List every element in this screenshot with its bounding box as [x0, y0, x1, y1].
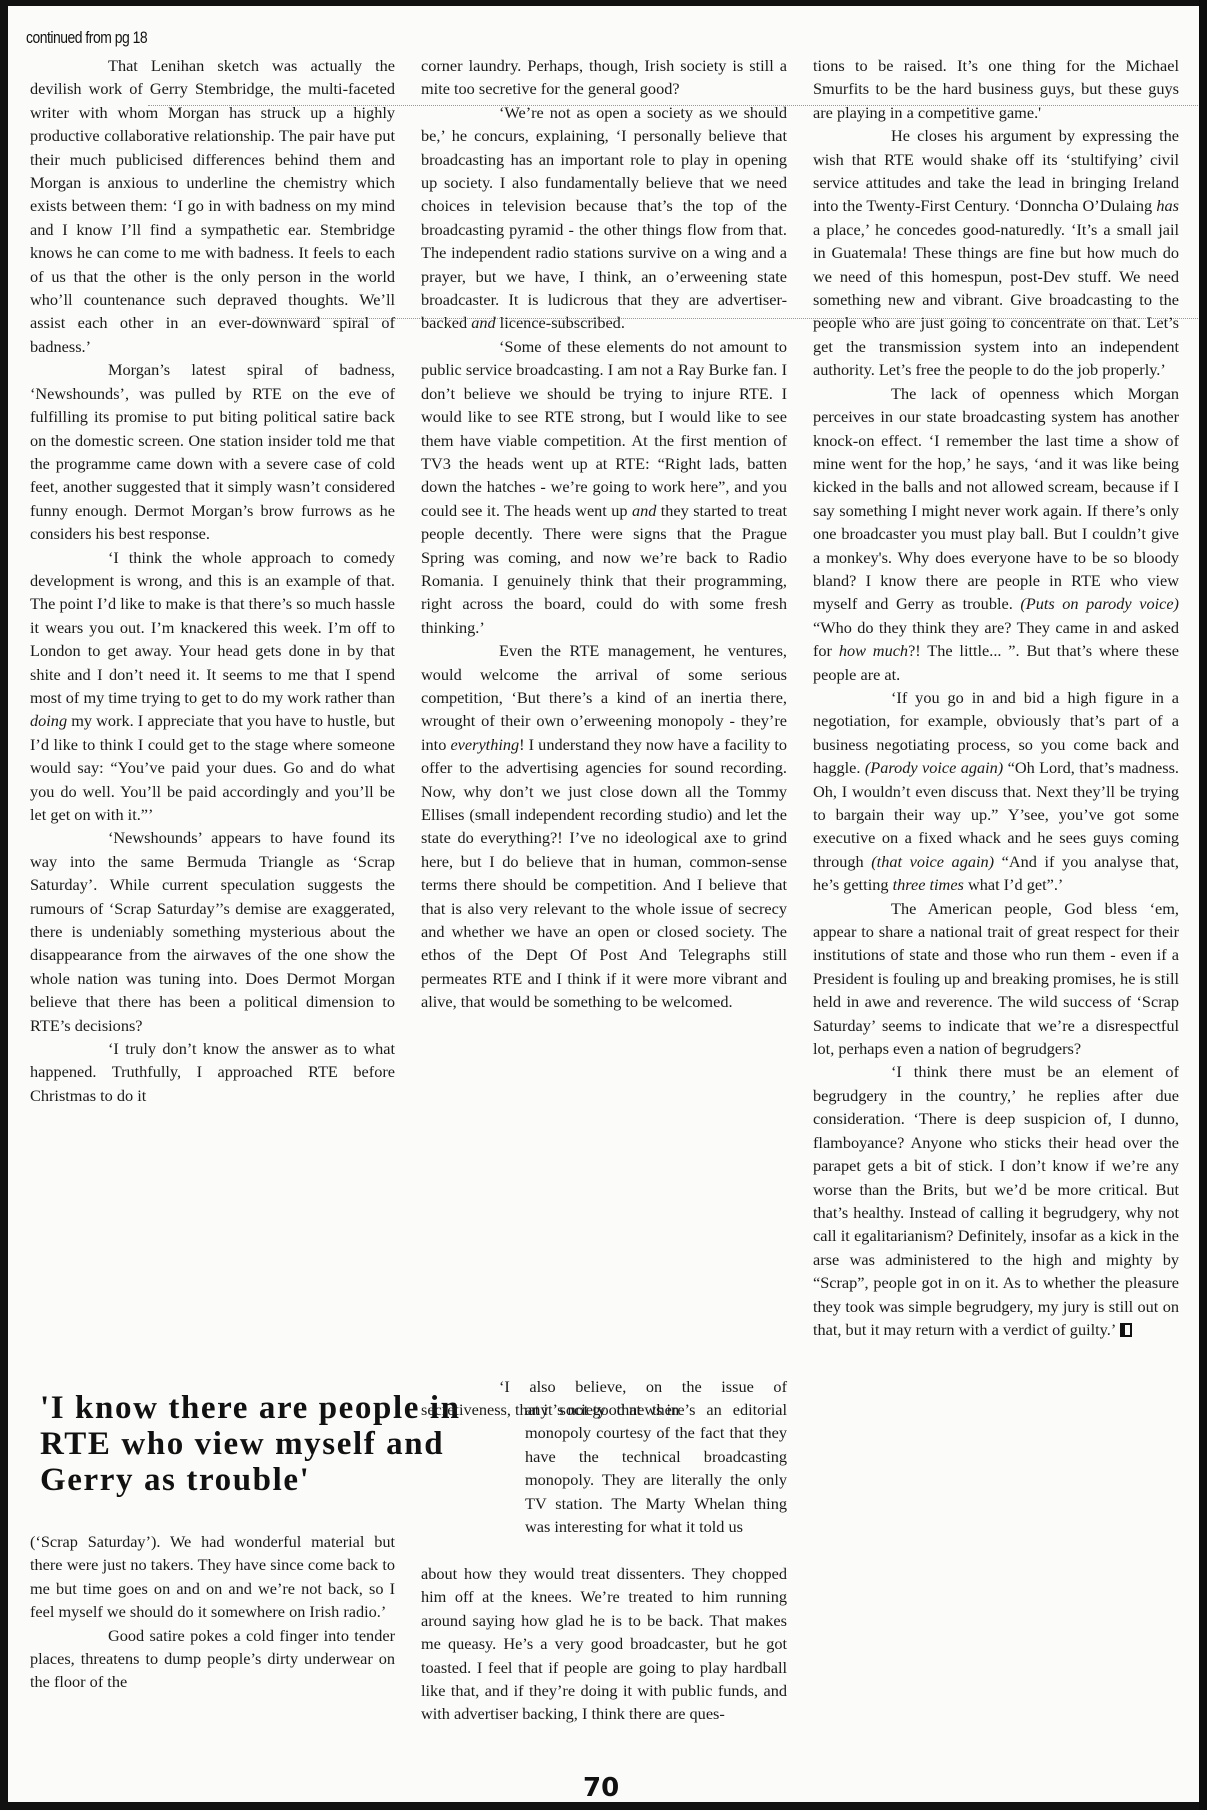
paragraph: Even the RTE management, he ventures, wo…	[421, 639, 787, 1014]
paragraph: corner laundry. Perhaps, though, Irish s…	[421, 54, 787, 101]
article-column-2-wrap: any society that there’s an editorial mo…	[525, 1398, 787, 1538]
paragraph: ‘I truly don’t know the answer as to wha…	[30, 1037, 395, 1107]
paragraph: ‘Some of these elements do not amount to…	[421, 335, 787, 639]
paragraph: The American people, God bless ‘em, appe…	[813, 897, 1179, 1061]
paragraph: That Lenihan sketch was actually the dev…	[30, 54, 395, 358]
article-column-2-continued: about how they would treat dissenters. T…	[421, 1562, 787, 1726]
paragraph: about how they would treat dissenters. T…	[421, 1562, 787, 1726]
continued-from-label: continued from pg 18	[26, 28, 147, 48]
paragraph: ‘We’re not as open a society as we shoul…	[421, 101, 787, 335]
paragraph: Good satire pokes a cold finger into ten…	[30, 1624, 395, 1694]
page-number: 70	[583, 1773, 619, 1802]
article-column-2: corner laundry. Perhaps, though, Irish s…	[421, 54, 787, 1014]
paragraph: ‘If you go in and bid a high figure in a…	[813, 686, 1179, 897]
article-column-1-continued: (‘Scrap Saturday’). We had wonderful mat…	[30, 1530, 395, 1694]
paragraph: He closes his argument by expressing the…	[813, 124, 1179, 381]
paragraph: Morgan’s latest spiral of badness, ‘News…	[30, 358, 395, 545]
paragraph: any society that there’s an editorial mo…	[525, 1398, 787, 1538]
paragraph: (‘Scrap Saturday’). We had wonderful mat…	[30, 1530, 395, 1624]
paragraph: The lack of openness which Morgan percei…	[813, 382, 1179, 686]
article-column-3: tions to be raised. It’s one thing for t…	[813, 54, 1179, 1341]
end-of-article-icon	[1120, 1323, 1132, 1337]
paragraph: tions to be raised. It’s one thing for t…	[813, 54, 1179, 124]
paragraph: ‘I think there must be an element of beg…	[813, 1060, 1179, 1341]
magazine-page: continued from pg 18 That Lenihan sketch…	[8, 6, 1199, 1802]
scan-border	[1199, 0, 1207, 1810]
paragraph: ‘I think the whole approach to comedy de…	[30, 546, 395, 827]
paragraph: ‘Newshounds’ appears to have found its w…	[30, 826, 395, 1037]
article-column-1: That Lenihan sketch was actually the dev…	[30, 54, 395, 1107]
